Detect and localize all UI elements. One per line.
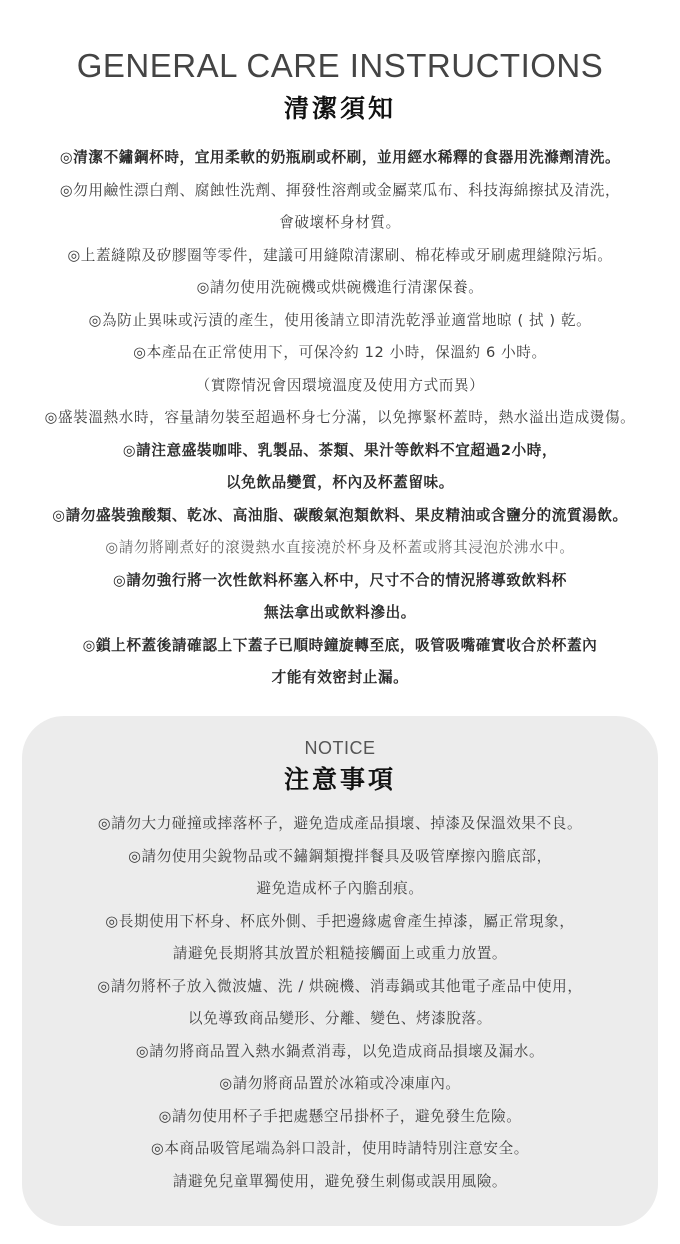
care-line: ◎請注意盛裝咖啡、乳製品、茶類、果汁等飲料不宜超過2小時， xyxy=(0,435,680,468)
notice-line: 以免導致商品變形、分離、變色、烤漆脫落。 xyxy=(22,1003,658,1036)
care-list: ◎清潔不鏽鋼杯時，宜用柔軟的奶瓶刷或杯刷，並用經水稀釋的食器用洗滌劑清洗。 ◎勿… xyxy=(0,142,680,695)
care-line: 才能有效密封止漏。 xyxy=(0,662,680,695)
notice-line: ◎請勿使用尖銳物品或不鏽鋼類攪拌餐具及吸管摩擦內膽底部， xyxy=(22,841,658,874)
care-title-en: GENERAL CARE INSTRUCTIONS xyxy=(0,44,680,88)
notice-list: ◎請勿大力碰撞或摔落杯子，避免造成產品損壞、掉漆及保溫效果不良。 ◎請勿使用尖銳… xyxy=(22,808,658,1198)
notice-line: 請避免兒童單獨使用，避免發生刺傷或誤用風險。 xyxy=(22,1166,658,1199)
care-line: ◎盛裝溫熱水時，容量請勿裝至超過杯身七分滿，以免擰緊杯蓋時，熱水溢出造成燙傷。 xyxy=(0,402,680,435)
care-title-zh: 清潔須知 xyxy=(0,91,680,127)
care-line: ◎上蓋縫隙及矽膠圈等零件，建議可用縫隙清潔刷、棉花棒或牙刷處理縫隙污垢。 xyxy=(0,240,680,273)
care-line: ◎鎖上杯蓋後請確認上下蓋子已順時鐘旋轉至底，吸管吸嘴確實收合於杯蓋內 xyxy=(0,630,680,663)
notice-line: ◎請勿將杯子放入微波爐、洗 / 烘碗機、消毒鍋或其他電子產品中使用， xyxy=(22,971,658,1004)
care-line: ◎請勿使用洗碗機或烘碗機進行清潔保養。 xyxy=(0,272,680,305)
care-line: 無法拿出或飲料滲出。 xyxy=(0,597,680,630)
care-line: ◎勿用鹼性漂白劑、腐蝕性洗劑、揮發性溶劑或金屬菜瓜布、科技海綿擦拭及清洗， xyxy=(0,175,680,208)
notice-line: 請避免長期將其放置於粗糙接觸面上或重力放置。 xyxy=(22,938,658,971)
care-line: 以免飲品變質，杯內及杯蓋留味。 xyxy=(0,467,680,500)
care-line: 會破壞杯身材質。 xyxy=(0,207,680,240)
notice-line: ◎本商品吸管尾端為斜口設計，使用時請特別注意安全。 xyxy=(22,1133,658,1166)
notice-line: ◎請勿使用杯子手把處懸空吊掛杯子，避免發生危險。 xyxy=(22,1101,658,1134)
notice-line: ◎請勿將商品置於冰箱或冷凍庫內。 xyxy=(22,1068,658,1101)
care-line: ◎本產品在正常使用下，可保冷約 12 小時，保溫約 6 小時。 xyxy=(0,337,680,370)
care-line: ◎請勿將剛煮好的滾燙熱水直接澆於杯身及杯蓋或將其浸泡於沸水中。 xyxy=(0,532,680,565)
care-line: （實際情況會因環境溫度及使用方式而異） xyxy=(0,370,680,403)
notice-line: 避免造成杯子內膽刮痕。 xyxy=(22,873,658,906)
care-line: ◎請勿盛裝強酸類、乾冰、高油脂、碳酸氣泡類飲料、果皮精油或含鹽分的流質湯飲。 xyxy=(0,500,680,533)
care-line: ◎請勿強行將一次性飲料杯塞入杯中，尺寸不合的情況將導致飲料杯 xyxy=(0,565,680,598)
notice-line: ◎長期使用下杯身、杯底外側、手把邊緣處會產生掉漆，屬正常現象， xyxy=(22,906,658,939)
care-line: ◎為防止異味或污漬的產生，使用後請立即清洗乾淨並適當地晾 ( 拭 ) 乾。 xyxy=(0,305,680,338)
notice-line: ◎請勿大力碰撞或摔落杯子，避免造成產品損壞、掉漆及保溫效果不良。 xyxy=(22,808,658,841)
care-line: ◎清潔不鏽鋼杯時，宜用柔軟的奶瓶刷或杯刷，並用經水稀釋的食器用洗滌劑清洗。 xyxy=(0,142,680,175)
notice-title-zh: 注意事項 xyxy=(22,762,658,798)
notice-line: ◎請勿將商品置入熱水鍋煮消毒，以免造成商品損壞及漏水。 xyxy=(22,1036,658,1069)
notice-title-en: NOTICE xyxy=(22,736,658,760)
notice-card: NOTICE 注意事項 ◎請勿大力碰撞或摔落杯子，避免造成產品損壞、掉漆及保溫效… xyxy=(22,716,658,1226)
